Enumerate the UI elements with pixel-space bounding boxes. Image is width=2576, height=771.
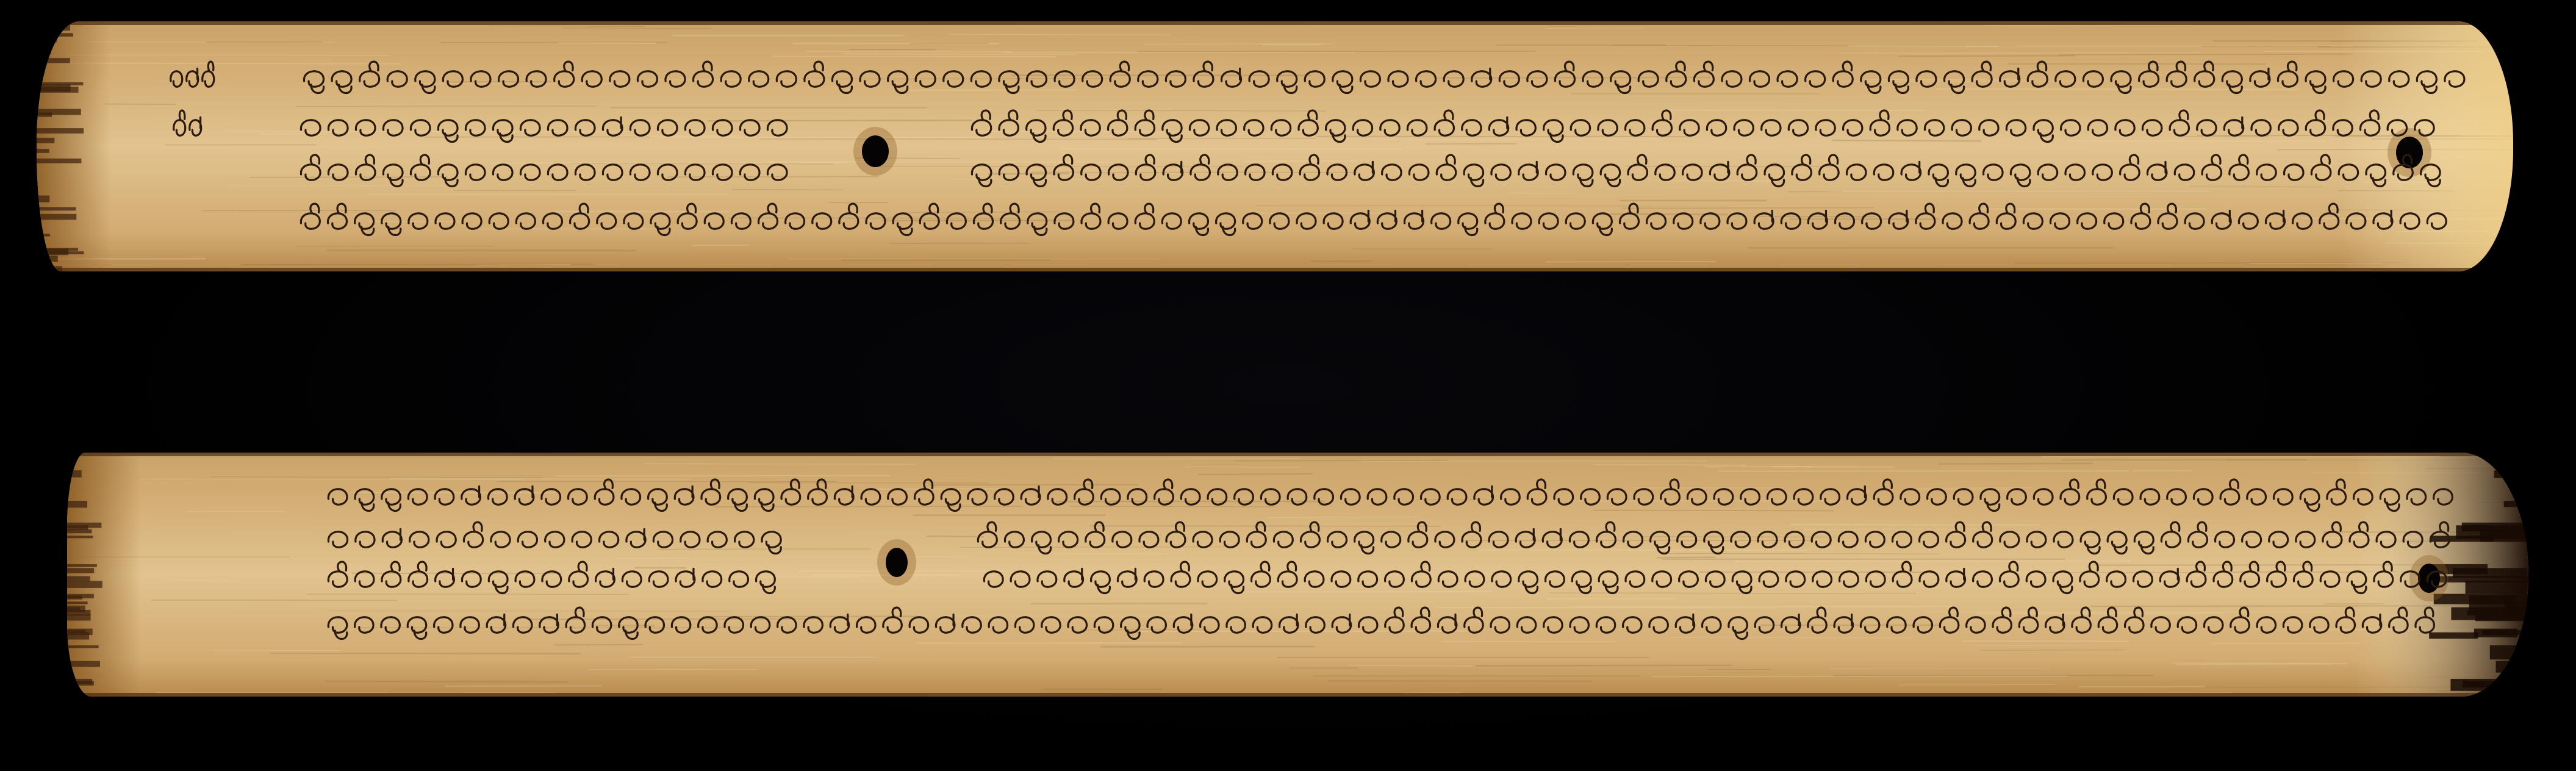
palm-leaf-folio-top: Handwritten Pali in Burmese script; four… bbox=[37, 21, 2513, 271]
string-hole bbox=[877, 539, 916, 586]
palm-leaf-folio-bottom: Handwritten Pali in Burmese script; four… bbox=[67, 453, 2528, 697]
string-hole bbox=[2409, 555, 2449, 601]
leaf-surface bbox=[37, 21, 2513, 271]
string-hole bbox=[853, 127, 897, 176]
